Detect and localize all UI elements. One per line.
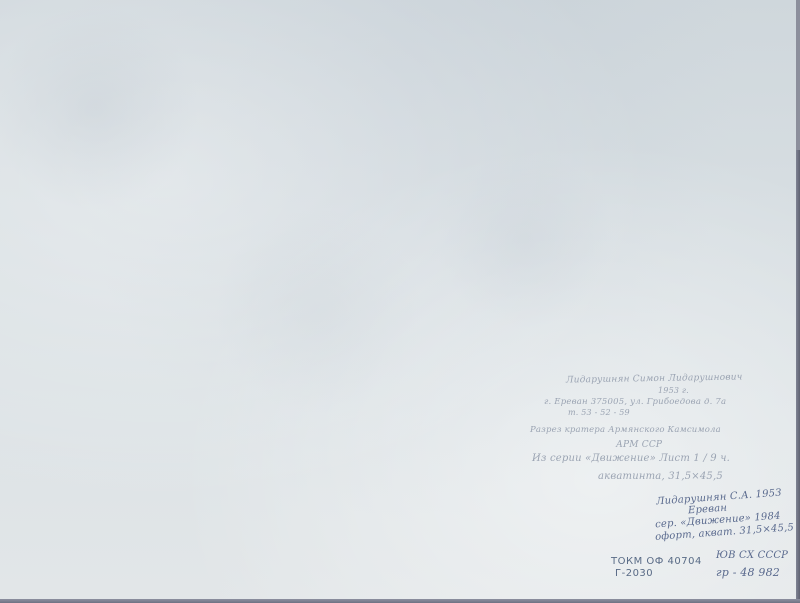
ink-note-city: Ереван <box>688 503 728 517</box>
pencil-note-artist-name: Лидарушнян Симон Лидарушнович <box>566 372 743 385</box>
museum-stamp: ТОКМ ОФ 40704 Г-2030 <box>611 556 702 580</box>
pencil-note-year: 1953 г. <box>658 386 689 395</box>
inventory-number: гр - 48 982 <box>716 566 780 579</box>
pencil-note-series: Из серии «Движение» Лист 1 / 9 ч. <box>532 453 730 464</box>
pencil-note-address: г. Ереван 375005, ул. Грибоедова д. 7а <box>544 397 726 407</box>
inventory-org: ЮВ СХ СССР <box>716 550 788 561</box>
background-edge-bottom <box>0 599 800 603</box>
pencil-note-title: Разрез кратера Армянского Камсимола <box>530 425 721 435</box>
pencil-note-phone: т. 53 - 52 - 59 <box>568 408 630 417</box>
ink-note-artist: Лидарушнян С.А. 1953 <box>656 488 782 508</box>
stamp-number: Г-2030 <box>611 568 702 580</box>
pencil-note-technique: акватинта, 31,5×45,5 <box>598 471 723 482</box>
background-edge-right <box>796 150 800 603</box>
paper-sheet: Лидарушнян Симон Лидарушнович 1953 г. г.… <box>0 0 796 599</box>
stamp-code: ТОКМ ОФ 40704 <box>611 556 702 568</box>
ink-note-technique: офорт, акват. 31,5×45,5 <box>655 522 795 543</box>
ink-note-series: сер. «Движение» 1984 <box>655 511 781 531</box>
pencil-note-region: АРМ ССР <box>616 440 662 450</box>
